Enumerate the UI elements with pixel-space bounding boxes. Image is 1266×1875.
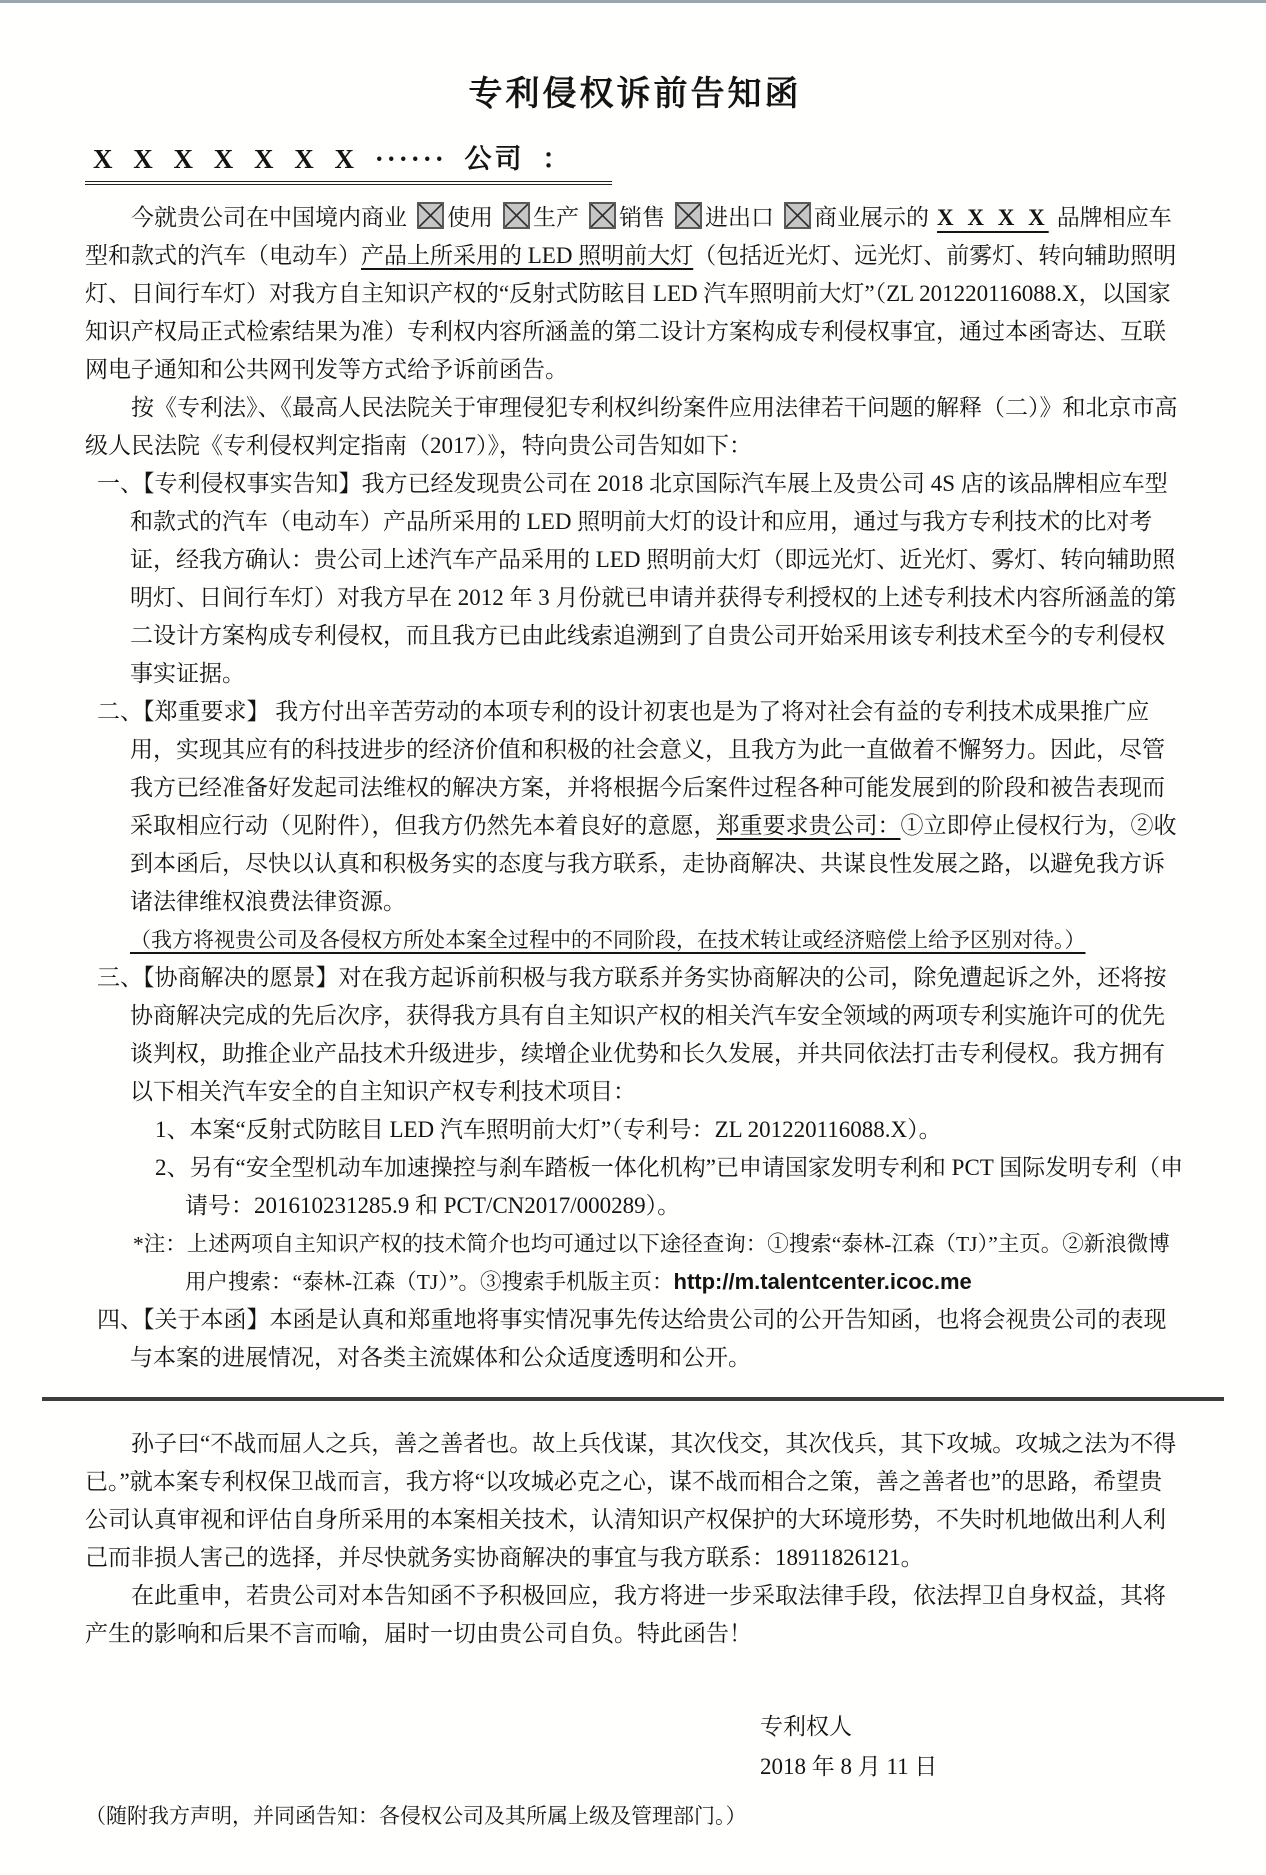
closing-paragraph-sunzi: 孙子曰“不战而屈人之兵，善之善者也。故上兵伐谋，其次伐交，其次伐兵，其下攻城。攻… bbox=[85, 1425, 1185, 1577]
section-title: 【郑重要求】 bbox=[143, 699, 270, 724]
section-divider bbox=[42, 1397, 1224, 1401]
section-4: 四、【关于本函】本函是认真和郑重地将事实情况事先传达给贵公司的公开告知函，也将会… bbox=[85, 1301, 1185, 1377]
section-title: 【关于本函】 bbox=[143, 1307, 270, 1332]
intro-lead: 今就贵公司在中国境内商业 bbox=[131, 205, 407, 230]
note-label: *注： bbox=[133, 1232, 187, 1256]
signature-block: 专利权人 2018 年 8 月 11 日 bbox=[760, 1707, 1185, 1787]
section-title: 【专利侵权事实告知】 bbox=[143, 471, 362, 496]
checkbox-item: 使用 bbox=[407, 205, 493, 230]
legal-basis-paragraph: 按《专利法》、《最高人民法院关于审理侵犯专利权纠纷案件应用法律若干问题的解释（二… bbox=[85, 389, 1185, 465]
checkbox-label: 销售 bbox=[619, 205, 665, 230]
section-marker: 三、 bbox=[97, 965, 143, 990]
item-number: 2、 bbox=[155, 1155, 190, 1180]
emphasis-demand: 郑重要求贵公司： bbox=[717, 813, 901, 838]
footnote: （随附我方声明，并同函告知：各侵权公司及其所属上级及管理部门。） bbox=[85, 1797, 1185, 1835]
section-marker: 一、 bbox=[97, 471, 143, 496]
item-text: 本案“反射式防眩目 LED 汽车照明前大灯”（专利号：ZL 2012201160… bbox=[190, 1117, 942, 1142]
closing-paragraph-reiterate: 在此重申，若贵公司对本告知函不予积极回应，我方将进一步采取法律手段，依法捍卫自身… bbox=[85, 1577, 1185, 1653]
section-2-note: （我方将视贵公司及各侵权方所处本案全过程中的不同阶段，在技术转让或经济赔偿上给予… bbox=[130, 921, 1185, 959]
checkbox-item: 商业展示的 bbox=[774, 205, 929, 230]
section-4-paragraph: 四、【关于本函】本函是认真和郑重地将事实情况事先传达给贵公司的公开告知函，也将会… bbox=[130, 1301, 1185, 1377]
underlined-product-phrase: 产品上所采用的 LED 照明前大灯 bbox=[361, 243, 693, 268]
checkbox-label: 进出口 bbox=[705, 205, 774, 230]
section-2: 二、【郑重要求】 我方付出辛苦劳动的本项专利的设计初衷也是为了将对社会有益的专利… bbox=[85, 693, 1185, 959]
brand-placeholder: X X X X bbox=[929, 205, 1057, 230]
section-1: 一、【专利侵权事实告知】我方已经发现贵公司在 2018 北京国际汽车展上及贵公司… bbox=[85, 465, 1185, 693]
checked-checkbox-icon[interactable] bbox=[503, 202, 530, 229]
section-marker: 四、 bbox=[97, 1307, 143, 1332]
item-number: 1、 bbox=[155, 1117, 190, 1142]
note-url: http://m.talentcenter.icoc.me bbox=[674, 1269, 972, 1294]
section-1-paragraph: 一、【专利侵权事实告知】我方已经发现贵公司在 2018 北京国际汽车展上及贵公司… bbox=[130, 465, 1185, 693]
section-title: 【协商解决的愿景】 bbox=[143, 965, 339, 990]
section-body: 本函是认真和郑重地将事实情况事先传达给贵公司的公开告知函，也将会视贵公司的表现与… bbox=[130, 1307, 1167, 1370]
document-title: 专利侵权诉前告知函 bbox=[85, 75, 1185, 115]
patent-item-2: 2、另有“安全型机动车加速操控与刹车踏板一体化机构”已申请国家发明专利和 PCT… bbox=[130, 1149, 1185, 1225]
signature-date: 2018 年 8 月 11 日 bbox=[760, 1747, 1185, 1787]
signature-name: 专利权人 bbox=[760, 1707, 1185, 1747]
checkbox-item: 进出口 bbox=[665, 205, 774, 230]
section-3: 三、【协商解决的愿景】对在我方起诉前积极与我方联系并务实协商解决的公司，除免遭起… bbox=[85, 959, 1185, 1301]
checked-checkbox-icon[interactable] bbox=[675, 202, 702, 229]
section-2-paragraph: 二、【郑重要求】 我方付出辛苦劳动的本项专利的设计初衷也是为了将对社会有益的专利… bbox=[130, 693, 1185, 921]
section-3-paragraph: 三、【协商解决的愿景】对在我方起诉前积极与我方联系并务实协商解决的公司，除免遭起… bbox=[130, 959, 1185, 1111]
checkbox-label: 商业展示的 bbox=[814, 205, 929, 230]
checked-checkbox-icon[interactable] bbox=[784, 202, 811, 229]
checkbox-item: 生产 bbox=[493, 205, 579, 230]
document-page: 专利侵权诉前告知函 X X X X X X X ······ 公司 ： 今就贵公… bbox=[0, 0, 1266, 1875]
patent-item-1: 1、本案“反射式防眩目 LED 汽车照明前大灯”（专利号：ZL 20122011… bbox=[130, 1111, 1185, 1149]
salutation: X X X X X X X ······ 公司 ： bbox=[85, 141, 612, 185]
checked-checkbox-icon[interactable] bbox=[417, 202, 444, 229]
intro-paragraph: 今就贵公司在中国境内商业使用生产销售进出口商业展示的X X X X品牌相应车型和… bbox=[85, 199, 1185, 389]
checkbox-label: 生产 bbox=[533, 205, 579, 230]
section-marker: 二、 bbox=[97, 699, 143, 724]
checkbox-label: 使用 bbox=[447, 205, 493, 230]
section-body: 我方已经发现贵公司在 2018 北京国际汽车展上及贵公司 4S 店的该品牌相应车… bbox=[130, 471, 1177, 686]
item-text: 另有“安全型机动车加速操控与刹车踏板一体化机构”已申请国家发明专利和 PCT 国… bbox=[185, 1155, 1183, 1218]
checked-checkbox-icon[interactable] bbox=[589, 202, 616, 229]
checkbox-item: 销售 bbox=[579, 205, 665, 230]
section-3-note: *注：上述两项自主知识产权的技术简介也均可通过以下途径查询：①搜索“泰林-江森（… bbox=[130, 1225, 1185, 1301]
